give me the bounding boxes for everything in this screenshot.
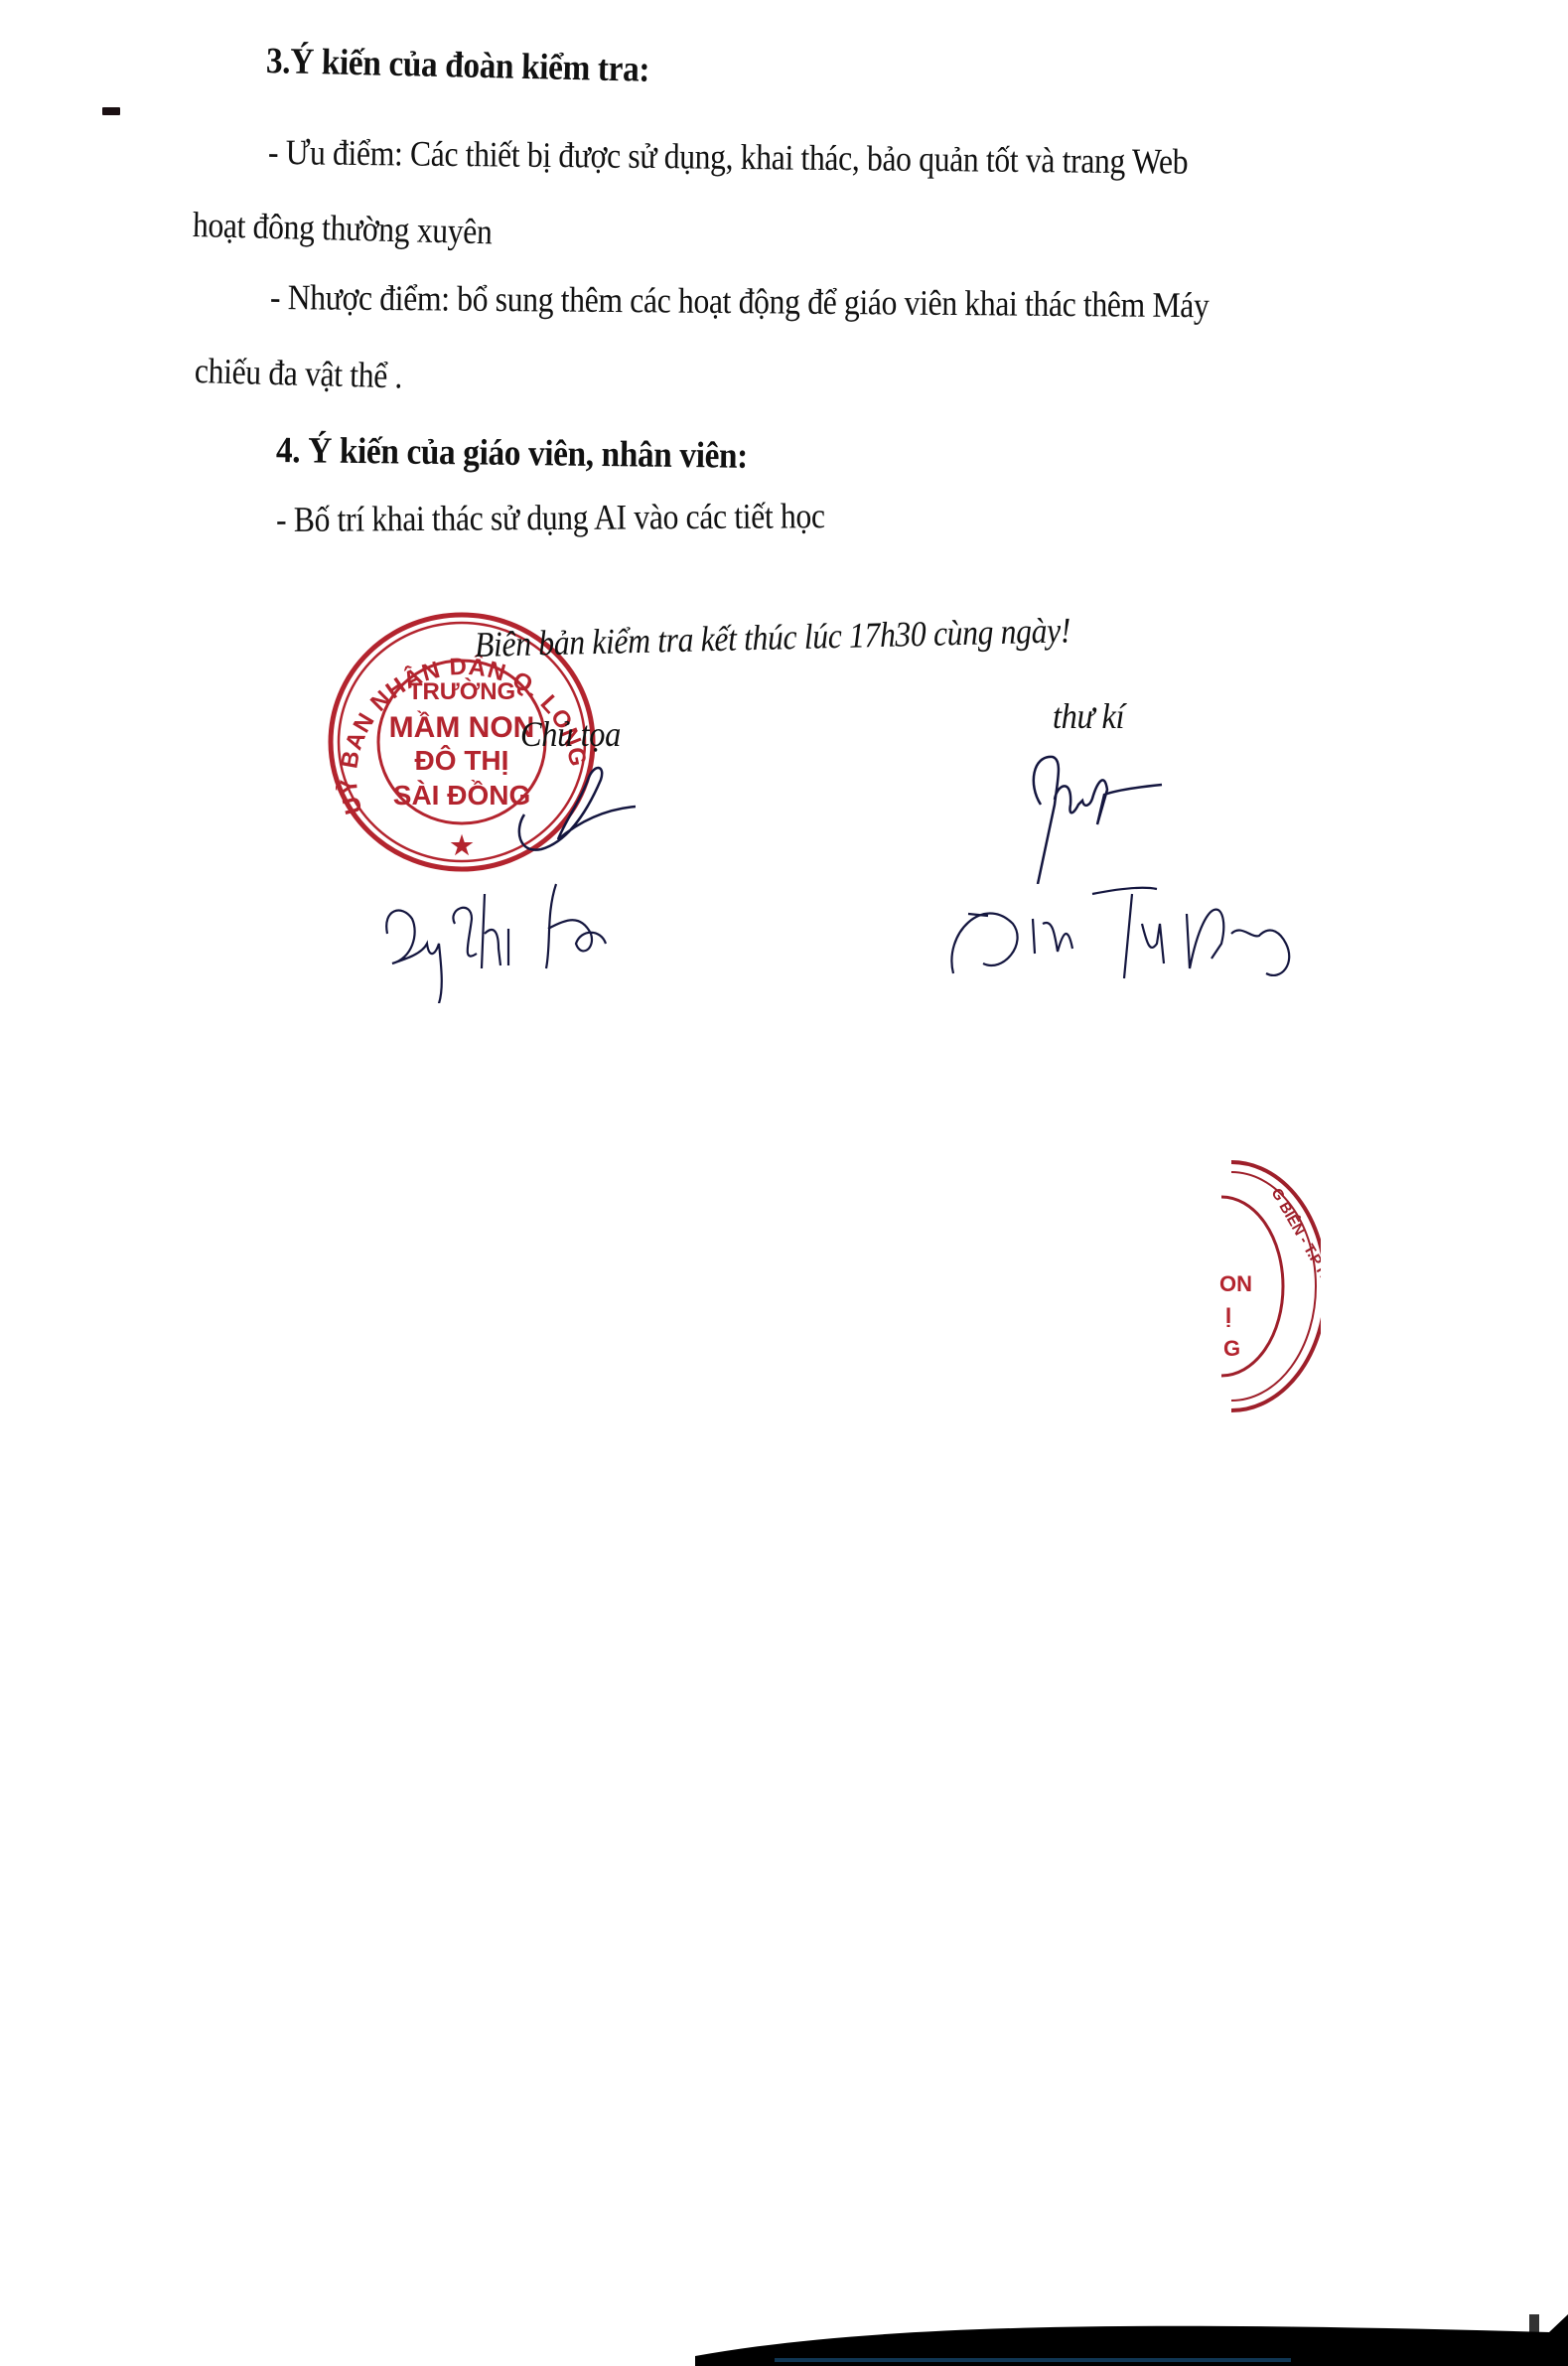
document-page: 3.Ý kiến của đoàn kiểm tra: - Ưu điểm: C… [0, 0, 1568, 2366]
section-4-item-1: - Bố trí khai thác sử dụng AI vào các ti… [276, 495, 825, 540]
secretary-name-handwritten [943, 864, 1321, 993]
partial-stamp-line-3: G [1223, 1336, 1240, 1361]
partial-edge-stamp: ON Ị G G BIÊN - T.P HÀ NỘI [1212, 1152, 1321, 1420]
secretary-signature [993, 745, 1172, 884]
advantages-line-1: - Ưu điểm: Các thiết bị được sử dụng, kh… [268, 131, 1189, 183]
partial-stamp-line-2: Ị [1225, 1303, 1231, 1328]
chair-title: Chủ tọa [520, 713, 621, 755]
section-3-heading: 3.Ý kiến của đoàn kiểm tra: [266, 40, 650, 91]
stamp-star-icon: ★ [450, 830, 474, 860]
stamp-line-3: ĐÔ THỊ [415, 744, 509, 776]
chair-name-handwritten [377, 874, 735, 1003]
advantages-line-2: hoạt đông thường xuyên [192, 204, 493, 252]
partial-stamp-line-1: ON [1219, 1271, 1252, 1296]
scan-artifact [102, 107, 120, 115]
partial-stamp-outer-text: G BIÊN - T.P HÀ NỘI [1268, 1185, 1321, 1317]
disadvantages-line-2: chiếu đa vật thể . [194, 350, 402, 396]
secretary-title: thư kí [1053, 695, 1124, 737]
stamp-line-2: MẦM NON [389, 710, 535, 744]
chair-signature [506, 755, 636, 864]
section-4-heading: 4. Ý kiến của giáo viên, nhân viên: [276, 429, 748, 478]
disadvantages-line-1: - Nhược điểm: bổ sung thêm các hoạt động… [270, 276, 1210, 326]
scan-bottom-edge [0, 2314, 1568, 2366]
stamp-line-1: TRƯỜNG [408, 677, 515, 705]
